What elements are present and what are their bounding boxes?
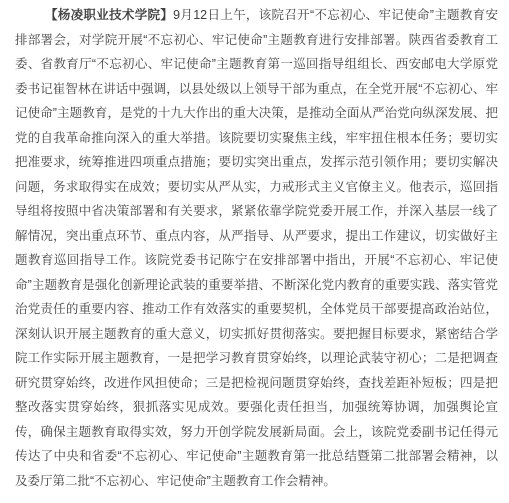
article-paragraph: 【杨凌职业技术学院】9月12日上午，该院召开“不忘初心、牢记使命”主题教育安排部… bbox=[0, 0, 509, 493]
article-body-text: 9月12日上午，该院召开“不忘初心、牢记使命”主题教育安排部署会，对学院开展“不… bbox=[15, 8, 498, 488]
institution-name: 【杨凌职业技术学院】 bbox=[45, 8, 173, 22]
article-page: 【杨凌职业技术学院】9月12日上午，该院召开“不忘初心、牢记使命”主题教育安排部… bbox=[0, 0, 509, 503]
